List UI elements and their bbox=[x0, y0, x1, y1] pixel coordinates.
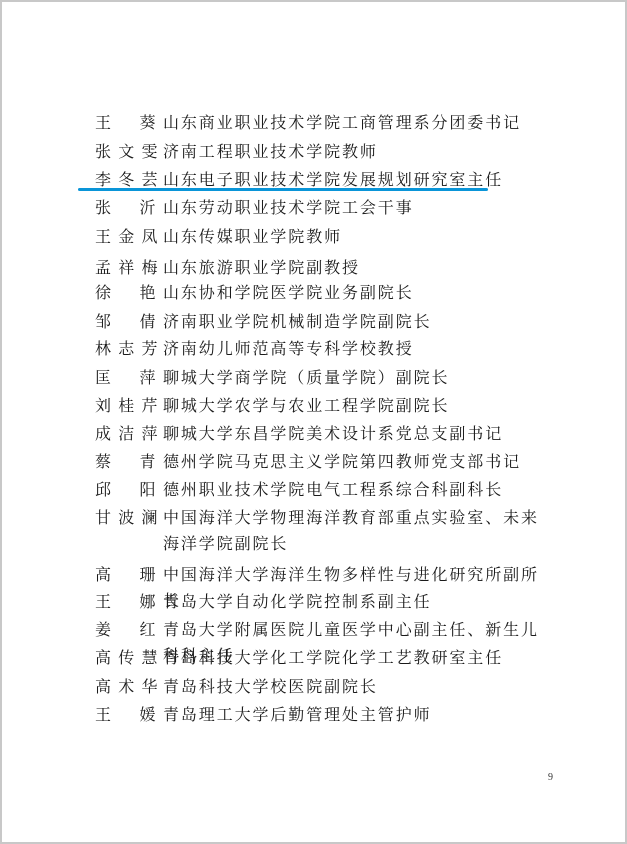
person-name: 王葵 bbox=[95, 112, 157, 134]
person-title: 青岛科技大学校医院副院长 bbox=[163, 674, 543, 700]
person-title: 德州职业技术学院电气工程系综合科副科长 bbox=[163, 477, 543, 503]
person-title: 聊城大学东昌学院美术设计系党总支副书记 bbox=[163, 421, 543, 447]
list-item: 徐艳山东协和学院医学院业务副院长 bbox=[2, 282, 627, 306]
person-name: 王娜 bbox=[95, 591, 157, 613]
person-name: 张文雯 bbox=[95, 141, 159, 163]
list-item: 林志芳济南幼儿师范高等专科学校教授 bbox=[2, 338, 627, 362]
name-char: 艳 bbox=[139, 282, 157, 304]
list-item: 王媛青岛理工大学后勤管理处主管护师 bbox=[2, 704, 627, 728]
list-item: 高珊中国海洋大学海洋生物多样性与进化研究所副所长 bbox=[2, 564, 627, 588]
person-title: 聊城大学农学与农业工程学院副院长 bbox=[163, 393, 543, 419]
name-char: 波 bbox=[118, 507, 136, 529]
person-name: 邱阳 bbox=[95, 479, 157, 501]
list-item: 高术华青岛科技大学校医院副院长 bbox=[2, 676, 627, 700]
person-name: 王媛 bbox=[95, 704, 157, 726]
person-title: 济南幼儿师范高等专科学校教授 bbox=[163, 336, 543, 362]
person-title: 山东协和学院医学院业务副院长 bbox=[163, 280, 543, 306]
name-char: 成 bbox=[95, 423, 113, 445]
person-name: 蔡青 bbox=[95, 451, 157, 473]
person-name: 匡萍 bbox=[95, 367, 157, 389]
person-name: 成洁萍 bbox=[95, 423, 159, 445]
person-title: 山东劳动职业技术学院工会干事 bbox=[163, 195, 543, 221]
name-char: 芳 bbox=[141, 338, 159, 360]
person-name: 高术华 bbox=[95, 676, 159, 698]
person-title: 青岛理工大学后勤管理处主管护师 bbox=[163, 702, 543, 728]
name-char: 高 bbox=[95, 564, 113, 586]
name-char: 高 bbox=[95, 647, 113, 669]
name-char: 张 bbox=[95, 141, 113, 163]
name-char: 志 bbox=[118, 338, 136, 360]
name-char: 梅 bbox=[141, 257, 159, 279]
name-char: 华 bbox=[141, 676, 159, 698]
person-title: 山东商业职业技术学院工商管理系分团委书记 bbox=[163, 110, 543, 136]
person-name: 高珊 bbox=[95, 564, 157, 586]
name-char: 林 bbox=[95, 338, 113, 360]
person-name: 高传慧 bbox=[95, 647, 159, 669]
person-name: 王金凤 bbox=[95, 226, 159, 248]
person-name: 甘波澜 bbox=[95, 507, 159, 529]
list-item: 甘波澜中国海洋大学物理海洋教育部重点实验室、未来海洋学院副院长 bbox=[2, 507, 627, 531]
name-char: 金 bbox=[118, 226, 136, 248]
name-char: 蔡 bbox=[95, 451, 113, 473]
name-char: 张 bbox=[95, 197, 113, 219]
list-item: 张沂山东劳动职业技术学院工会干事 bbox=[2, 197, 627, 221]
name-char: 凤 bbox=[141, 226, 159, 248]
name-char: 姜 bbox=[95, 619, 113, 641]
name-char: 桂 bbox=[118, 395, 136, 417]
person-title: 山东传媒职业学院教师 bbox=[163, 224, 543, 250]
name-char: 珊 bbox=[139, 564, 157, 586]
person-name: 徐艳 bbox=[95, 282, 157, 304]
name-char: 雯 bbox=[141, 141, 159, 163]
list-item: 匡萍聊城大学商学院（质量学院）副院长 bbox=[2, 367, 627, 391]
person-title: 青岛大学自动化学院控制系副主任 bbox=[163, 589, 543, 615]
name-char: 刘 bbox=[95, 395, 113, 417]
list-item: 邹倩济南职业学院机械制造学院副院长 bbox=[2, 311, 627, 335]
person-title: 山东旅游职业学院副教授 bbox=[163, 255, 543, 281]
person-name: 刘桂芹 bbox=[95, 395, 159, 417]
name-char: 红 bbox=[139, 619, 157, 641]
name-char: 王 bbox=[95, 704, 113, 726]
list-item: 刘桂芹聊城大学农学与农业工程学院副院长 bbox=[2, 395, 627, 419]
person-title: 青岛科技大学化工学院化学工艺教研室主任 bbox=[163, 645, 543, 671]
person-title: 德州学院马克思主义学院第四教师党支部书记 bbox=[163, 449, 543, 475]
list-item: 王金凤山东传媒职业学院教师 bbox=[2, 226, 627, 250]
name-char: 阳 bbox=[139, 479, 157, 501]
person-title: 济南工程职业技术学院教师 bbox=[163, 139, 543, 165]
name-char: 邹 bbox=[95, 311, 113, 333]
name-char: 萍 bbox=[139, 367, 157, 389]
name-char: 芹 bbox=[141, 395, 159, 417]
name-char: 慧 bbox=[141, 647, 159, 669]
name-char: 媛 bbox=[139, 704, 157, 726]
person-title: 聊城大学商学院（质量学院）副院长 bbox=[163, 365, 543, 391]
name-char: 甘 bbox=[95, 507, 113, 529]
person-name: 姜红 bbox=[95, 619, 157, 641]
name-char: 青 bbox=[139, 451, 157, 473]
list-item: 张文雯济南工程职业技术学院教师 bbox=[2, 141, 627, 165]
name-char: 孟 bbox=[95, 257, 113, 279]
name-char: 倩 bbox=[139, 311, 157, 333]
list-item: 邱阳德州职业技术学院电气工程系综合科副科长 bbox=[2, 479, 627, 503]
person-name: 林志芳 bbox=[95, 338, 159, 360]
name-char: 洁 bbox=[118, 423, 136, 445]
name-char: 高 bbox=[95, 676, 113, 698]
name-char: 葵 bbox=[139, 112, 157, 134]
name-char: 邱 bbox=[95, 479, 113, 501]
person-name: 孟祥梅 bbox=[95, 257, 159, 279]
document-page: 王葵山东商业职业技术学院工商管理系分团委书记张文雯济南工程职业技术学院教师李冬芸… bbox=[0, 0, 627, 844]
person-name: 邹倩 bbox=[95, 311, 157, 333]
name-char: 匡 bbox=[95, 367, 113, 389]
name-char: 祥 bbox=[118, 257, 136, 279]
list-item: 孟祥梅山东旅游职业学院副教授 bbox=[2, 257, 627, 281]
name-char: 沂 bbox=[139, 197, 157, 219]
list-item: 王葵山东商业职业技术学院工商管理系分团委书记 bbox=[2, 112, 627, 136]
name-char: 文 bbox=[118, 141, 136, 163]
list-item: 成洁萍聊城大学东昌学院美术设计系党总支副书记 bbox=[2, 423, 627, 447]
name-char: 娜 bbox=[139, 591, 157, 613]
highlight-underline bbox=[78, 188, 488, 191]
name-char: 徐 bbox=[95, 282, 113, 304]
list-item: 王娜青岛大学自动化学院控制系副主任 bbox=[2, 591, 627, 615]
name-char: 萍 bbox=[141, 423, 159, 445]
list-item: 高传慧青岛科技大学化工学院化学工艺教研室主任 bbox=[2, 647, 627, 671]
list-item: 蔡青德州学院马克思主义学院第四教师党支部书记 bbox=[2, 451, 627, 475]
list-item: 姜红青岛大学附属医院儿童医学中心副主任、新生儿科科主任 bbox=[2, 619, 627, 643]
page-number: 9 bbox=[548, 772, 553, 783]
person-name: 张沂 bbox=[95, 197, 157, 219]
name-char: 澜 bbox=[141, 507, 159, 529]
name-char: 王 bbox=[95, 112, 113, 134]
name-char: 传 bbox=[118, 647, 136, 669]
name-char: 术 bbox=[118, 676, 136, 698]
person-title: 中国海洋大学物理海洋教育部重点实验室、未来海洋学院副院长 bbox=[163, 505, 543, 557]
name-char: 王 bbox=[95, 226, 113, 248]
name-char: 王 bbox=[95, 591, 113, 613]
person-title: 济南职业学院机械制造学院副院长 bbox=[163, 309, 543, 335]
